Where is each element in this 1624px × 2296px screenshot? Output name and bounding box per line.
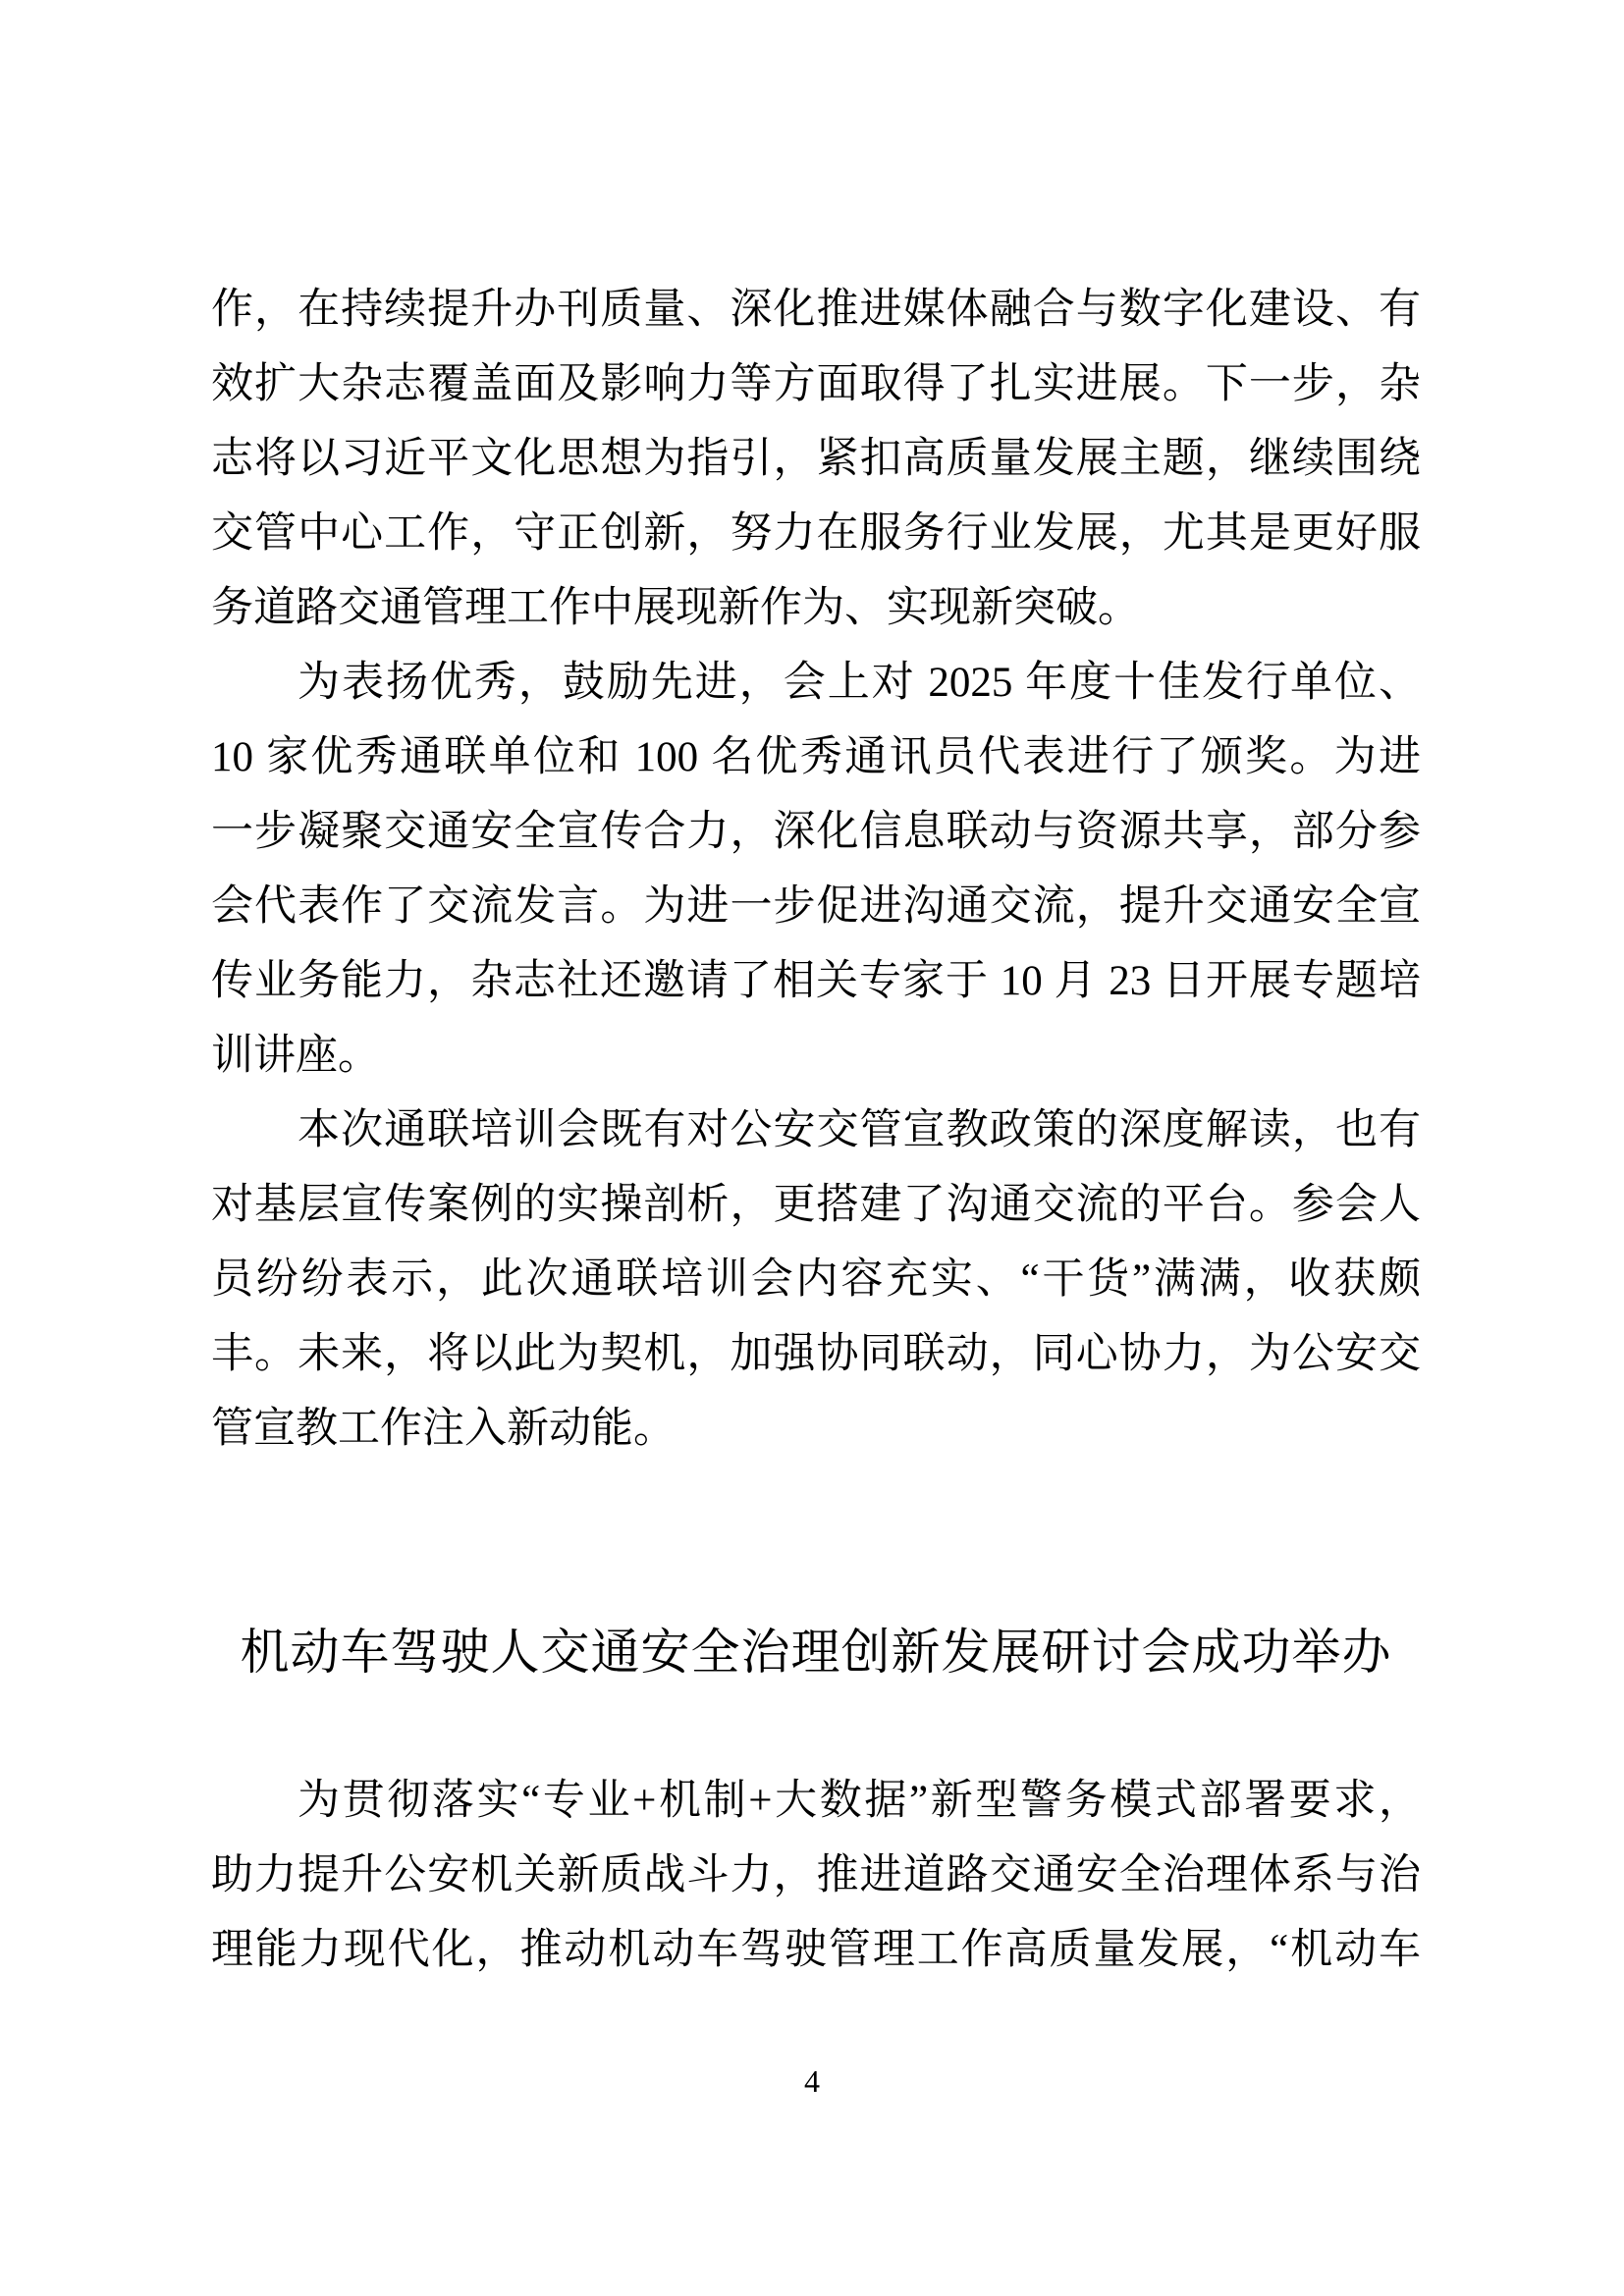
body-text-line: 员纷纷表示，此次通联培训会内容充实、“干货”满满，收获颇 (211, 1243, 1421, 1317)
body-text-line: 作，在持续提升办刊质量、深化推进媒体融合与数字化建设、有 (211, 273, 1421, 347)
body-text-line: 助力提升公安机关新质战斗力，推进道路交通安全治理体系与治 (211, 1839, 1421, 1913)
body-text-line: 志将以习近平文化思想为指引，紧扣高质量发展主题，继续围绕 (211, 422, 1421, 497)
page-footer: 4 (0, 2059, 1624, 2103)
body-text-line: 对基层宣传案例的实操剖析，更搭建了沟通交流的平台。参会人 (211, 1168, 1421, 1243)
body-text-line: 务道路交通管理工作中展现新作为、实现新突破。 (211, 571, 1421, 646)
body-text-line: 10 家优秀通联单位和 100 名优秀通讯员代表进行了颁奖。为进 (211, 721, 1421, 795)
page-number: 4 (804, 2063, 820, 2099)
article-body: 作，在持续提升办刊质量、深化推进媒体融合与数字化建设、有 效扩大杂志覆盖面及影响… (211, 273, 1421, 1467)
body-text-line: 一步凝聚交通安全宣传合力，深化信息联动与资源共享，部分参 (211, 795, 1421, 870)
body-text-line: 管宣教工作注入新动能。 (211, 1392, 1421, 1467)
body-text-line: 理能力现代化，推动机动车驾驶管理工作高质量发展，“机动车 (211, 1913, 1421, 1988)
body-text-line: 传业务能力，杂志社还邀请了相关专家于 10 月 23 日开展专题培 (211, 944, 1421, 1019)
body-text-line: 会代表作了交流发言。为进一步促进沟通交流，提升交通安全宣 (211, 870, 1421, 944)
paragraph: 为表扬优秀，鼓励先进，会上对 2025 年度十佳发行单位、 10 家优秀通联单位… (211, 646, 1421, 1094)
body-text-line: 为贯彻落实“专业+机制+大数据”新型警务模式部署要求， (211, 1764, 1421, 1839)
document-page: 作，在持续提升办刊质量、深化推进媒体融合与数字化建设、有 效扩大杂志覆盖面及影响… (0, 0, 1624, 2296)
body-text-line: 交管中心工作，守正创新，努力在服务行业发展，尤其是更好服 (211, 497, 1421, 571)
paragraph: 作，在持续提升办刊质量、深化推进媒体融合与数字化建设、有 效扩大杂志覆盖面及影响… (211, 273, 1421, 646)
body-text-line: 为表扬优秀，鼓励先进，会上对 2025 年度十佳发行单位、 (211, 646, 1421, 721)
paragraph: 本次通联培训会既有对公安交管宣教政策的深度解读，也有 对基层宣传案例的实操剖析，… (211, 1094, 1421, 1467)
section-heading: 机动车驾驶人交通安全治理创新发展研讨会成功举办 (211, 1615, 1421, 1689)
body-text-line: 本次通联培训会既有对公安交管宣教政策的深度解读，也有 (211, 1094, 1421, 1168)
body-text-line: 训讲座。 (211, 1019, 1421, 1094)
paragraph: 为贯彻落实“专业+机制+大数据”新型警务模式部署要求， 助力提升公安机关新质战斗… (211, 1764, 1421, 1988)
article-body-continued: 为贯彻落实“专业+机制+大数据”新型警务模式部署要求， 助力提升公安机关新质战斗… (211, 1764, 1421, 1988)
body-text-line: 效扩大杂志覆盖面及影响力等方面取得了扎实进展。下一步，杂 (211, 347, 1421, 422)
body-text-line: 丰。未来，将以此为契机，加强协同联动，同心协力，为公安交 (211, 1317, 1421, 1392)
